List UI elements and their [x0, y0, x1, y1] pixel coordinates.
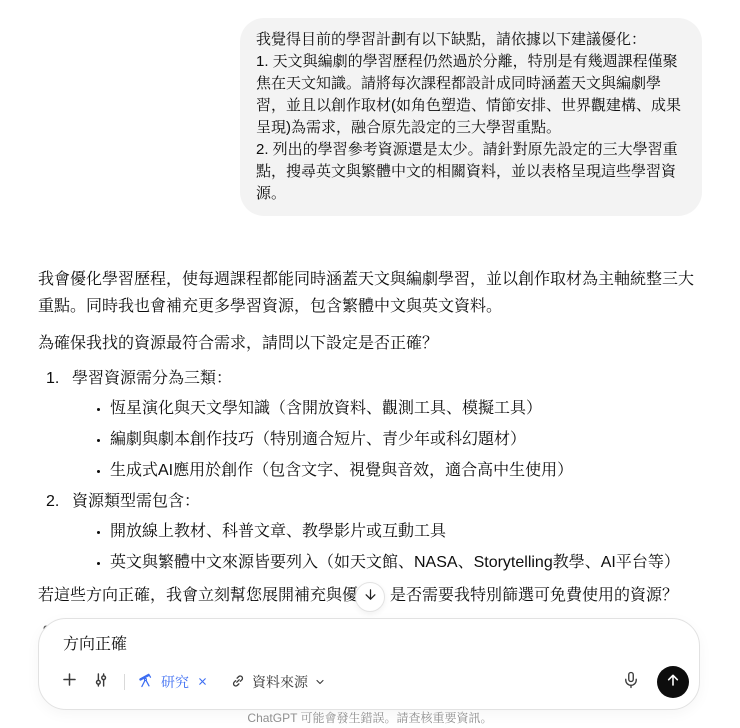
- tools-button[interactable]: [85, 666, 117, 698]
- telescope-icon: [138, 672, 155, 692]
- plus-icon: [60, 670, 79, 694]
- sliders-icon: [92, 671, 110, 694]
- toolbar-divider: [124, 674, 125, 690]
- list-item: 英文與繁體中文來源皆要列入（如天文館、NASA、Storytelling教學、A…: [110, 549, 702, 576]
- assistant-numbered-list: 1. 學習資源需分為三類： 恆星演化與天文學知識（含開放資料、觀測工具、模擬工具…: [38, 365, 702, 576]
- assistant-intro-paragraph: 我會優化學習歷程，使每週課程都能同時涵蓋天文與編劇學習，並以創作取材為主軸統整三…: [38, 266, 702, 320]
- x-icon: [197, 674, 208, 690]
- microphone-icon: [622, 671, 640, 694]
- message-input[interactable]: 方向正確: [63, 634, 675, 656]
- link-icon: [230, 673, 246, 692]
- list-number: 1.: [46, 365, 64, 392]
- list-label: 學習資源需分為三類：: [72, 365, 232, 392]
- chat-thread: 我覺得目前的學習計劃有以下缺點，請依據以下建議優化： 1. 天文與編劇的學習歷程…: [38, 0, 702, 647]
- sources-chip-label: 資料來源: [252, 672, 308, 692]
- research-tool-chip[interactable]: 研究: [132, 666, 214, 698]
- remove-research-button[interactable]: [197, 674, 208, 690]
- bullet-list: 開放線上教材、科普文章、教學影片或互動工具 英文與繁體中文來源皆要列入（如天文館…: [46, 518, 702, 576]
- scroll-to-bottom-button[interactable]: [355, 582, 385, 612]
- list-item: 開放線上教材、科普文章、教學影片或互動工具: [110, 518, 702, 545]
- chevron-down-icon: [314, 676, 326, 688]
- list-number: 2.: [46, 488, 64, 515]
- list-item: 2. 資源類型需包含：: [46, 488, 702, 515]
- user-message-row: 我覺得目前的學習計劃有以下缺點，請依據以下建議優化： 1. 天文與編劇的學習歷程…: [38, 18, 702, 216]
- attach-button[interactable]: [53, 666, 85, 698]
- assistant-message: 我會優化學習歷程，使每週課程都能同時涵蓋天文與編劇學習，並以創作取材為主軸統整三…: [38, 266, 702, 609]
- composer-toolbar: 研究 資料來源: [53, 664, 689, 700]
- bullet-list: 恆星演化與天文學知識（含開放資料、觀測工具、模擬工具） 編劇與劇本創作技巧（特別…: [46, 395, 702, 484]
- research-chip-label: 研究: [161, 672, 189, 692]
- footer-disclaimer: ChatGPT 可能會發生錯誤。請查核重要資訊。: [0, 709, 740, 726]
- list-item: 1. 學習資源需分為三類：: [46, 365, 702, 392]
- list-item: 編劇與劇本創作技巧（特別適合短片、青少年或科幻題材）: [110, 426, 702, 453]
- send-button[interactable]: [657, 666, 689, 698]
- list-label: 資源類型需包含：: [72, 488, 200, 515]
- arrow-up-icon: [665, 672, 681, 693]
- dictate-button[interactable]: [615, 666, 647, 698]
- user-message-bubble: 我覺得目前的學習計劃有以下缺點，請依據以下建議優化： 1. 天文與編劇的學習歷程…: [240, 18, 702, 216]
- list-item: 恆星演化與天文學知識（含開放資料、觀測工具、模擬工具）: [110, 395, 702, 422]
- assistant-question-paragraph: 為確保我找的資源最符合需求，請問以下設定是否正確？: [38, 330, 702, 357]
- composer: 方向正確: [38, 618, 700, 710]
- sources-dropdown[interactable]: 資料來源: [224, 666, 332, 698]
- list-item: 生成式AI應用於創作（包含文字、視覺與音效，適合高中生使用）: [110, 457, 702, 484]
- arrow-down-icon: [363, 587, 378, 607]
